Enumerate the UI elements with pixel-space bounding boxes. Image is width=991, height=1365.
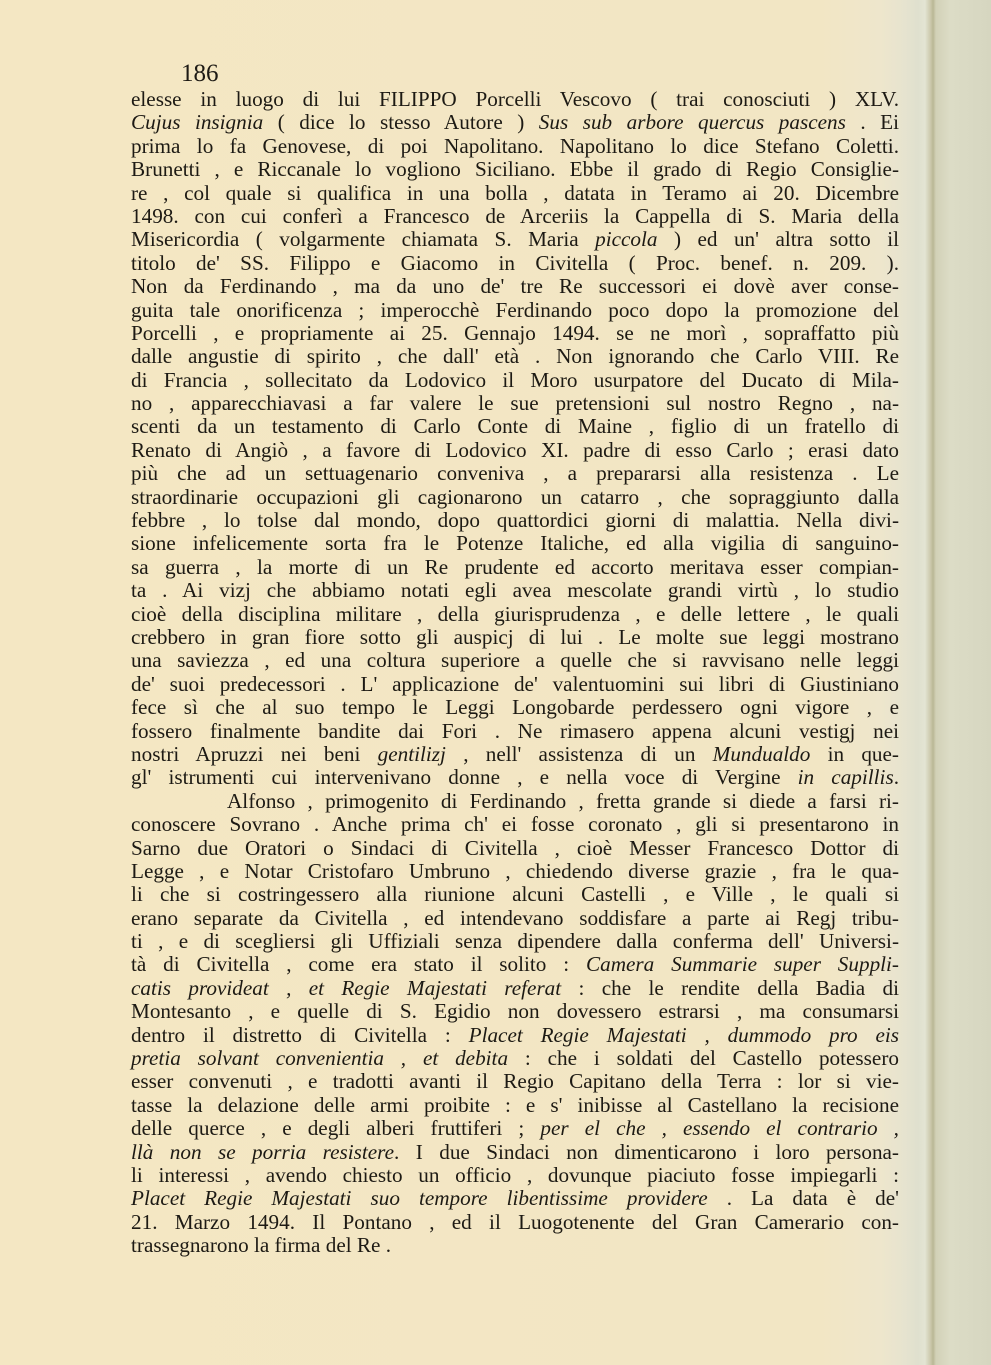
italic-phrase: Sus sub arbore quercus pascens bbox=[539, 110, 846, 134]
text-line: li che si costringessero alla riunione a… bbox=[131, 883, 899, 906]
text-line: catis provideat , et Regie Majestati ref… bbox=[131, 977, 899, 1000]
text-run: 1498. con cui conferì a Francesco de Arc… bbox=[131, 204, 899, 228]
italic-phrase: Camera Summarie super Suppli- bbox=[586, 952, 899, 976]
text-run: gl' istrumenti cui intervenivano donne ,… bbox=[131, 765, 798, 789]
text-run: sa guerra , la morte di un Re prudente e… bbox=[131, 555, 899, 579]
text-run: . Ei bbox=[846, 110, 899, 134]
text-line: di Francia , sollecitato da Lodovico il … bbox=[131, 369, 899, 392]
text-run: . La data è de' bbox=[708, 1186, 899, 1210]
text-line: Cujus insignia ( dice lo stesso Autore )… bbox=[131, 111, 899, 134]
text-line: Alfonso , primogenito di Ferdinando , fr… bbox=[131, 790, 899, 813]
text-line: sione infelicemente sorta fra le Potenze… bbox=[131, 532, 899, 555]
text-run: guita tale onorificenza ; imperocchè Fer… bbox=[131, 298, 899, 322]
text-run: fece sì che al suo tempo le Leggi Longob… bbox=[131, 695, 899, 719]
text-line: scenti da un testamento di Carlo Conte d… bbox=[131, 415, 899, 438]
italic-phrase: Mundualdo bbox=[713, 742, 811, 766]
text-line: erano separate da Civitella , ed intende… bbox=[131, 907, 899, 930]
text-run: no , apparecchiavasi a far valere le sue… bbox=[131, 391, 899, 415]
text-line: dentro il distretto di Civitella : Place… bbox=[131, 1024, 899, 1047]
text-line: Porcelli , e propriamente ai 25. Gennajo… bbox=[131, 322, 899, 345]
text-line: no , apparecchiavasi a far valere le sue… bbox=[131, 392, 899, 415]
italic-phrase: Cujus insignia bbox=[131, 110, 263, 134]
text-line: fece sì che al suo tempo le Leggi Longob… bbox=[131, 696, 899, 719]
text-line: gl' istrumenti cui intervenivano donne ,… bbox=[131, 766, 899, 789]
text-run: crebbero in gran fiore sotto gli auspicj… bbox=[131, 625, 899, 649]
text-line: una saviezza , ed una coltura superiore … bbox=[131, 649, 899, 672]
italic-phrase: gentilizj bbox=[378, 742, 446, 766]
text-line: li interessi , avendo chiesto un officio… bbox=[131, 1164, 899, 1187]
text-run: , nell' assistenza di un bbox=[446, 742, 713, 766]
book-page: 186 elesse in luogo di lui FILIPPO Porce… bbox=[0, 0, 991, 1365]
text-run: titolo de' SS. Filippo e Giacomo in Civi… bbox=[131, 251, 899, 275]
text-run: fossero finalmente bandite dai Fori . Ne… bbox=[131, 719, 899, 743]
text-run: sione infelicemente sorta fra le Potenze… bbox=[131, 531, 899, 555]
text-run: ta . Ai vizj che abbiamo notati egli ave… bbox=[131, 578, 899, 602]
text-line: re , col quale si qualifica in una bolla… bbox=[131, 182, 899, 205]
text-line: delle querce , e degli alberi fruttiferi… bbox=[131, 1117, 899, 1140]
text-line: Placet Regie Majestati suo tempore liben… bbox=[131, 1187, 899, 1210]
text-line: trassegnarono la firma del Re . bbox=[131, 1234, 899, 1257]
text-run: ti , e di scegliersi gli Uffiziali senza… bbox=[131, 929, 899, 953]
text-run: Sarno due Oratori o Sindaci di Civitella… bbox=[131, 836, 899, 860]
text-line: Montesanto , e quelle di S. Egidio non d… bbox=[131, 1000, 899, 1023]
text-run: dalle angustie di spirito , che dall' et… bbox=[131, 344, 899, 368]
text-line: 1498. con cui conferì a Francesco de Arc… bbox=[131, 205, 899, 228]
text-run: : che i soldati del Castello potessero bbox=[508, 1046, 899, 1070]
text-line: Sarno due Oratori o Sindaci di Civitella… bbox=[131, 837, 899, 860]
text-line: de' suoi predecessori . L' applicazione … bbox=[131, 673, 899, 696]
text-line: Brunetti , e Riccanale lo vogliono Sicil… bbox=[131, 158, 899, 181]
text-line: ti , e di scegliersi gli Uffiziali senza… bbox=[131, 930, 899, 953]
text-line: Legge , e Notar Cristofaro Umbruno , chi… bbox=[131, 860, 899, 883]
text-line: 21. Marzo 1494. Il Pontano , ed il Luogo… bbox=[131, 1211, 899, 1234]
page-number: 186 bbox=[181, 62, 899, 88]
text-run: re , col quale si qualifica in una bolla… bbox=[131, 181, 899, 205]
text-line: llà non se porria resistere. I due Sinda… bbox=[131, 1141, 899, 1164]
italic-phrase: per el che , essendo el contrario , bbox=[540, 1116, 899, 1140]
text-line: guita tale onorificenza ; imperocchè Fer… bbox=[131, 299, 899, 322]
text-run: li interessi , avendo chiesto un officio… bbox=[131, 1163, 899, 1187]
text-line: crebbero in gran fiore sotto gli auspicj… bbox=[131, 626, 899, 649]
text-run: Renato di Angiò , a favore di Lodovico X… bbox=[131, 438, 899, 462]
binding-fold bbox=[930, 0, 934, 1365]
text-run: più che ad un settuagenario conveniva , … bbox=[131, 461, 899, 485]
text-line: nostri Apruzzi nei beni gentilizj , nell… bbox=[131, 743, 899, 766]
text-run: trassegnarono la firma del Re . bbox=[131, 1233, 391, 1257]
text-run: : che le rendite della Badia di bbox=[561, 976, 899, 1000]
text-line: conoscere Sovrano . Anche prima ch' ei f… bbox=[131, 813, 899, 836]
italic-phrase: pretia solvant convenientia , et debita bbox=[131, 1046, 508, 1070]
text-run: di Francia , sollecitato da Lodovico il … bbox=[131, 368, 899, 392]
text-line: prima lo fa Genovese, di poi Napolitano.… bbox=[131, 135, 899, 158]
text-run: Alfonso , primogenito di Ferdinando , fr… bbox=[227, 789, 899, 813]
text-line: cioè della disciplina militare , della g… bbox=[131, 603, 899, 626]
italic-phrase: piccola bbox=[595, 227, 657, 251]
text-run: prima lo fa Genovese, di poi Napolitano.… bbox=[131, 134, 899, 158]
text-run: in que- bbox=[810, 742, 899, 766]
text-line: Non da Ferdinando , ma da uno de' tre Re… bbox=[131, 275, 899, 298]
italic-phrase: llà non se porria resistere bbox=[131, 1140, 394, 1164]
italic-phrase: catis provideat , et Regie Majestati ref… bbox=[131, 976, 561, 1000]
text-run: ) ed un' altra sotto il bbox=[658, 227, 899, 251]
text-run: nostri Apruzzi nei beni bbox=[131, 742, 378, 766]
text-run: Non da Ferdinando , ma da uno de' tre Re… bbox=[131, 274, 899, 298]
text-line: ta . Ai vizj che abbiamo notati egli ave… bbox=[131, 579, 899, 602]
text-line: tasse la delazione delle armi proibite :… bbox=[131, 1094, 899, 1117]
text-run: Misericordia ( volgarmente chiamata S. M… bbox=[131, 227, 595, 251]
text-line: pretia solvant convenientia , et debita … bbox=[131, 1047, 899, 1070]
text-run: cioè della disciplina militare , della g… bbox=[131, 602, 899, 626]
text-run: scenti da un testamento di Carlo Conte d… bbox=[131, 414, 899, 438]
text-run: una saviezza , ed una coltura superiore … bbox=[131, 648, 899, 672]
text-run: elesse in luogo di lui FILIPPO Porcelli … bbox=[131, 87, 899, 111]
text-run: . I due Sindaci non dimenticarono i loro… bbox=[394, 1140, 899, 1164]
text-line: tà di Civitella , come era stato il soli… bbox=[131, 953, 899, 976]
text-line: dalle angustie di spirito , che dall' et… bbox=[131, 345, 899, 368]
body-text: elesse in luogo di lui FILIPPO Porcelli … bbox=[131, 88, 899, 1258]
text-run: straordinarie occupazioni gli cagionaron… bbox=[131, 485, 899, 509]
text-run: erano separate da Civitella , ed intende… bbox=[131, 906, 899, 930]
text-line: esser convenuti , e tradotti avanti il R… bbox=[131, 1070, 899, 1093]
text-run: Montesanto , e quelle di S. Egidio non d… bbox=[131, 999, 899, 1023]
italic-phrase: Placet Regie Majestati , dummodo pro eis bbox=[469, 1023, 899, 1047]
text-run: Brunetti , e Riccanale lo vogliono Sicil… bbox=[131, 157, 899, 181]
text-run: 21. Marzo 1494. Il Pontano , ed il Luogo… bbox=[131, 1210, 899, 1234]
text-line: febbre , lo tolse dal mondo, dopo quatto… bbox=[131, 509, 899, 532]
text-run: dentro il distretto di Civitella : bbox=[131, 1023, 469, 1047]
text-line: Renato di Angiò , a favore di Lodovico X… bbox=[131, 439, 899, 462]
text-line: fossero finalmente bandite dai Fori . Ne… bbox=[131, 720, 899, 743]
text-run: de' suoi predecessori . L' applicazione … bbox=[131, 672, 899, 696]
text-run: tà di Civitella , come era stato il soli… bbox=[131, 952, 586, 976]
text-run: conoscere Sovrano . Anche prima ch' ei f… bbox=[131, 812, 899, 836]
text-run: febbre , lo tolse dal mondo, dopo quatto… bbox=[131, 508, 899, 532]
text-run: li che si costringessero alla riunione a… bbox=[131, 882, 899, 906]
text-line: Misericordia ( volgarmente chiamata S. M… bbox=[131, 228, 899, 251]
italic-phrase: in capillis bbox=[798, 765, 894, 789]
text-run: esser convenuti , e tradotti avanti il R… bbox=[131, 1069, 899, 1093]
text-run: ( dice lo stesso Autore ) bbox=[263, 110, 539, 134]
text-run: . bbox=[894, 765, 899, 789]
text-run: Porcelli , e propriamente ai 25. Gennajo… bbox=[131, 321, 899, 345]
page-text-block: 186 elesse in luogo di lui FILIPPO Porce… bbox=[131, 62, 899, 1258]
text-line: elesse in luogo di lui FILIPPO Porcelli … bbox=[131, 88, 899, 111]
italic-phrase: Placet Regie Majestati suo tempore liben… bbox=[131, 1186, 708, 1210]
text-line: titolo de' SS. Filippo e Giacomo in Civi… bbox=[131, 252, 899, 275]
text-run: delle querce , e degli alberi fruttiferi… bbox=[131, 1116, 540, 1140]
text-line: straordinarie occupazioni gli cagionaron… bbox=[131, 486, 899, 509]
text-line: più che ad un settuagenario conveniva , … bbox=[131, 462, 899, 485]
text-line: sa guerra , la morte di un Re prudente e… bbox=[131, 556, 899, 579]
text-run: tasse la delazione delle armi proibite :… bbox=[131, 1093, 899, 1117]
text-run: Legge , e Notar Cristofaro Umbruno , chi… bbox=[131, 859, 899, 883]
